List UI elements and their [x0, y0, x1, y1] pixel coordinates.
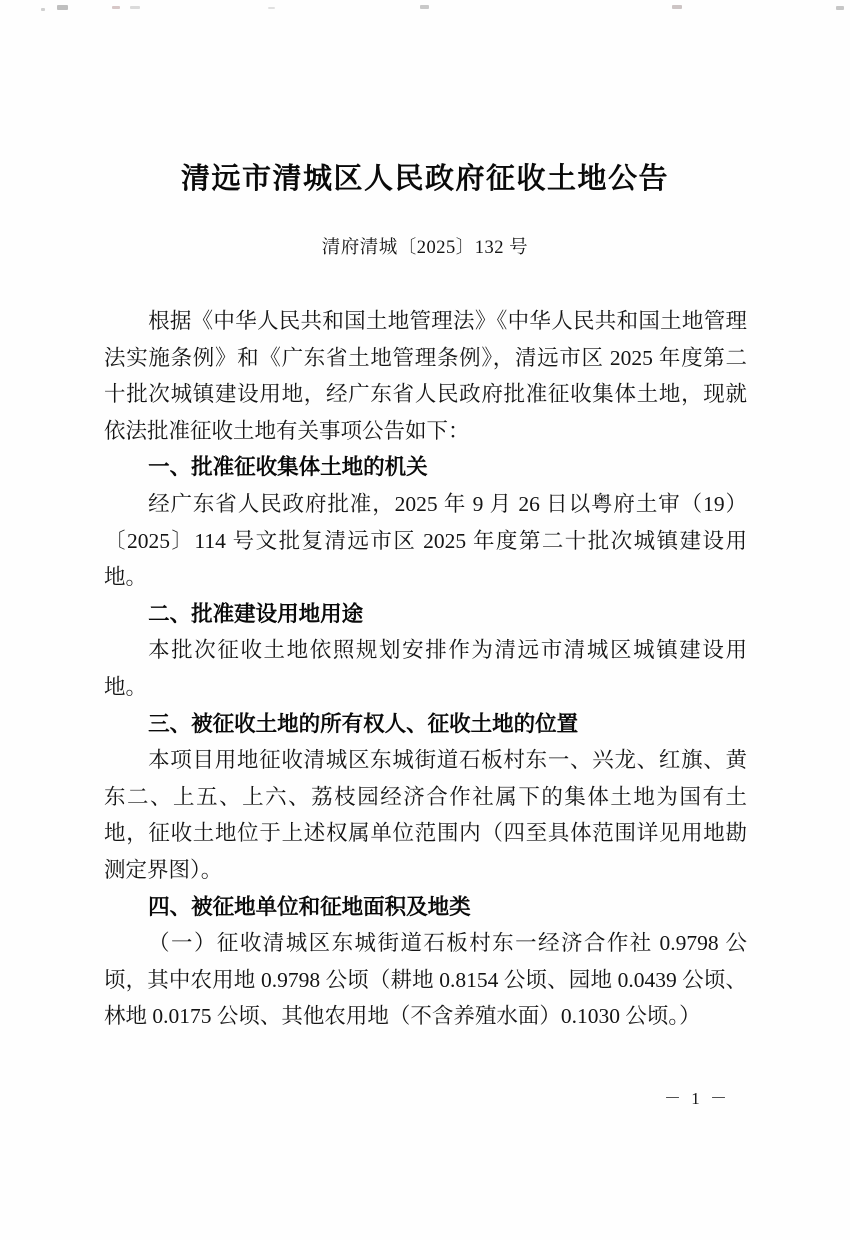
section-heading-2: 二、批准建设用地用途	[104, 596, 747, 633]
document-number: 清府清城〔2025〕132 号	[0, 233, 850, 259]
scan-artifact	[836, 6, 844, 10]
scan-artifact	[112, 6, 120, 9]
page-number: － 1 －	[664, 1084, 730, 1109]
scan-artifact	[41, 8, 45, 11]
scan-artifact	[57, 5, 68, 10]
scan-artifact	[420, 5, 429, 9]
scan-artifact	[268, 7, 275, 9]
section-heading-3: 三、被征收土地的所有权人、征收土地的位置	[104, 706, 747, 743]
paragraph-section-4-item-1: （一）征收清城区东城街道石板村东一经济合作社 0.9798 公顷，其中农用地 0…	[104, 925, 747, 1035]
scan-artifact	[130, 6, 140, 9]
document-body: 根据《中华人民共和国土地管理法》《中华人民共和国土地管理法实施条例》和《广东省土…	[104, 303, 747, 1035]
document-title: 清远市清城区人民政府征收土地公告	[0, 156, 850, 197]
section-heading-1: 一、批准征收集体土地的机关	[104, 449, 747, 486]
paragraph-intro: 根据《中华人民共和国土地管理法》《中华人民共和国土地管理法实施条例》和《广东省土…	[104, 303, 747, 449]
paragraph-section-2-body: 本批次征收土地依照规划安排作为清远市清城区城镇建设用地。	[104, 632, 747, 705]
section-heading-4: 四、被征地单位和征地面积及地类	[104, 889, 747, 926]
document-page: 清远市清城区人民政府征收土地公告 清府清城〔2025〕132 号 根据《中华人民…	[0, 0, 850, 1240]
scan-artifact	[672, 5, 682, 9]
paragraph-section-1-body: 经广东省人民政府批准，2025 年 9 月 26 日以粤府土审（19）〔2025…	[104, 486, 747, 596]
paragraph-section-3-body: 本项目用地征收清城区东城街道石板村东一、兴龙、红旗、黄东二、上五、上六、荔枝园经…	[104, 742, 747, 888]
